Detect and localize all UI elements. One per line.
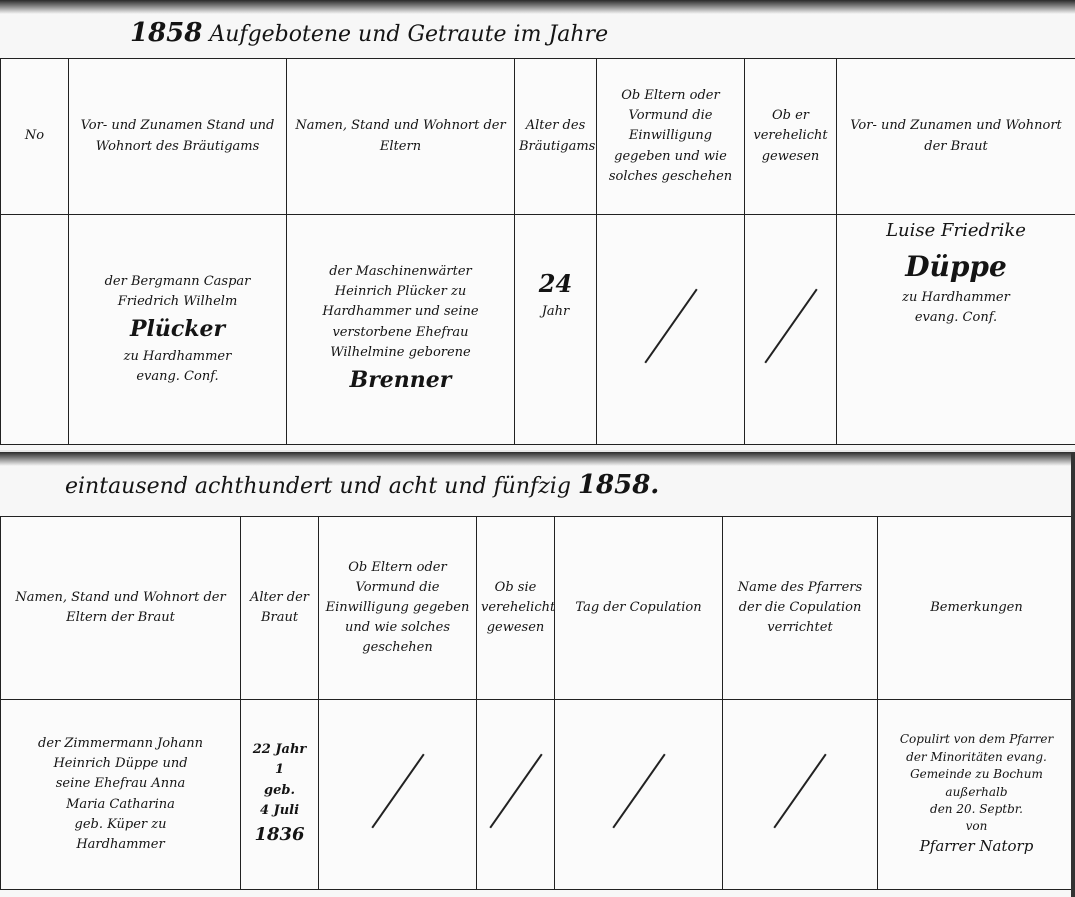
married-before-cell: [477, 700, 555, 890]
blank-slash-mark: [764, 288, 817, 363]
col-header-remarks: Bemerkungen: [878, 517, 1075, 700]
remarks-date: den 20. Septbr.: [882, 801, 1071, 818]
register-title-bottom: eintausend achthundert und acht und fünf…: [65, 470, 659, 500]
register-top-page: 1858 Aufgebotene und Getraute im Jahre N…: [0, 0, 1075, 450]
col-header-copulation-day: Tag der Copulation: [555, 517, 723, 700]
bride-religion: evang. Conf.: [841, 308, 1071, 328]
col-header-groom: Vor- und Zunamen Stand und Wohnort des B…: [69, 59, 287, 215]
married-before-cell: [745, 215, 837, 445]
bride-cell: Luise Friedrike Düppe zu Hardhammer evan…: [837, 215, 1075, 445]
mother-maiden-name: Brenner: [291, 363, 510, 397]
bride-age-line: 22 Jahr: [245, 740, 314, 760]
col-header-married-before: Ob sie verehelicht gewesen: [477, 517, 555, 700]
remarks-line: Gemeinde zu Bochum: [882, 766, 1071, 783]
groom-surname: Plücker: [73, 312, 282, 346]
title-text: Aufgebotene und Getraute im Jahre: [209, 22, 608, 47]
col-header-number: No: [1, 59, 69, 215]
remarks-pastor: Pfarrer Natorp: [882, 836, 1071, 858]
page-shadow: [0, 452, 1075, 466]
groom-line: der Bergmann Caspar: [73, 272, 282, 292]
pastor-cell: [723, 700, 878, 890]
blank-slash-mark: [644, 288, 697, 363]
register-title-top: 1858 Aufgebotene und Getraute im Jahre: [130, 18, 608, 48]
col-header-married-before: Ob er verehelicht gewesen: [745, 59, 837, 215]
remarks-line: Copulirt von dem Pfarrer: [882, 731, 1071, 748]
parents-line: verstorbene Ehefrau: [291, 323, 510, 343]
col-header-bride-age: Alter der Braut: [241, 517, 319, 700]
bride-place: zu Hardhammer: [841, 288, 1071, 308]
consent-cell: [319, 700, 477, 890]
parents-line: Heinrich Plücker zu: [291, 282, 510, 302]
title-text: eintausend achthundert und acht und fünf…: [65, 474, 571, 499]
groom-parents-cell: der Maschinenwärter Heinrich Plücker zu …: [287, 215, 515, 445]
blank-slash-mark: [371, 753, 424, 828]
remarks-line: außerhalb: [882, 784, 1071, 801]
register-bottom-page: eintausend achthundert und acht und fünf…: [0, 452, 1075, 897]
parents-line: Hardhammer und seine: [291, 302, 510, 322]
title-year: 1858: [130, 18, 202, 48]
bride-age-line: geb.: [245, 781, 314, 801]
bride-birth-year: 1836: [245, 821, 314, 849]
page-edge: [1071, 452, 1075, 897]
bride-age-cell: 22 Jahr 1 geb. 4 Juli 1836: [241, 700, 319, 890]
bride-parents-line: der Zimmermann Johann: [5, 734, 236, 754]
bride-age-line: 1: [245, 760, 314, 780]
entry-row: der Zimmermann Johann Heinrich Düppe und…: [1, 700, 1075, 890]
col-header-consent: Ob Eltern oder Vormund die Einwilligung …: [597, 59, 745, 215]
groom-line: Friedrich Wilhelm: [73, 292, 282, 312]
register-table-top: No Vor- und Zunamen Stand und Wohnort de…: [0, 58, 1075, 445]
parents-line: Wilhelmine geborene: [291, 343, 510, 363]
consent-cell: [597, 215, 745, 445]
col-header-bride: Vor- und Zunamen und Wohnort der Braut: [837, 59, 1075, 215]
bride-parents-line: seine Ehefrau Anna: [5, 774, 236, 794]
col-header-groom-age: Alter des Bräutigams: [515, 59, 597, 215]
page-shadow: [0, 0, 1075, 14]
header-row: No Vor- und Zunamen Stand und Wohnort de…: [1, 59, 1075, 215]
bride-parents-line: geb. Küper zu: [5, 815, 236, 835]
bride-first-names: Luise Friedrike: [841, 217, 1071, 245]
groom-age-cell: 24 Jahr: [515, 215, 597, 445]
col-header-pastor: Name des Pfarrers der die Copulation ver…: [723, 517, 878, 700]
col-header-groom-parents: Namen, Stand und Wohnort der Eltern: [287, 59, 515, 215]
copulation-day-cell: [555, 700, 723, 890]
col-header-bride-parents: Namen, Stand und Wohnort der Eltern der …: [1, 517, 241, 700]
bride-age-line: 4 Juli: [245, 801, 314, 821]
bride-parents-line: Heinrich Düppe und: [5, 754, 236, 774]
remarks-line: der Minoritäten evang.: [882, 749, 1071, 766]
groom-age: 24: [519, 265, 592, 302]
bride-surname: Düppe: [841, 245, 1071, 288]
bride-parents-line: Maria Catharina: [5, 795, 236, 815]
groom-age-unit: Jahr: [519, 302, 592, 322]
groom-cell: der Bergmann Caspar Friedrich Wilhelm Pl…: [69, 215, 287, 445]
bride-parents-cell: der Zimmermann Johann Heinrich Düppe und…: [1, 700, 241, 890]
register-table-bottom: Namen, Stand und Wohnort der Eltern der …: [0, 516, 1075, 890]
blank-slash-mark: [612, 753, 665, 828]
parents-line: der Maschinenwärter: [291, 262, 510, 282]
groom-religion: evang. Conf.: [73, 367, 282, 387]
groom-place: zu Hardhammer: [73, 347, 282, 367]
title-year: 1858.: [578, 470, 659, 500]
entry-number: [1, 215, 69, 445]
bride-parents-line: Hardhammer: [5, 835, 236, 855]
remarks-cell: Copulirt von dem Pfarrer der Minoritäten…: [878, 700, 1075, 890]
blank-slash-mark: [489, 753, 542, 828]
remarks-line: von: [882, 818, 1071, 835]
blank-slash-mark: [773, 753, 826, 828]
col-header-consent: Ob Eltern oder Vormund die Einwilligung …: [319, 517, 477, 700]
header-row: Namen, Stand und Wohnort der Eltern der …: [1, 517, 1075, 700]
entry-row: der Bergmann Caspar Friedrich Wilhelm Pl…: [1, 215, 1075, 445]
